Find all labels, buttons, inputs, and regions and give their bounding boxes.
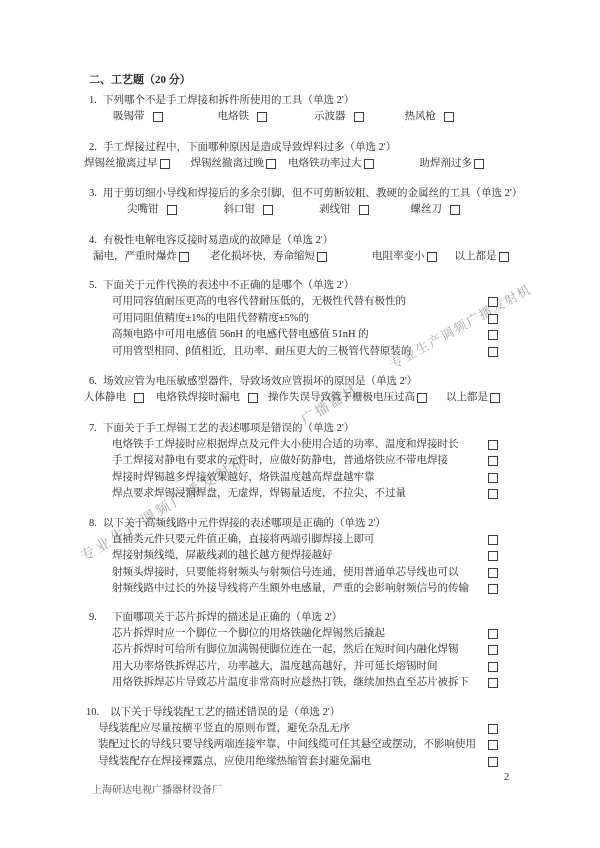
answer-checkbox[interactable]: [354, 112, 364, 122]
option-label: 示波器: [314, 109, 346, 126]
page-number: 2: [504, 771, 509, 784]
question-number: 10.: [86, 704, 110, 721]
options-row: 人体静电 电烙铁焊接时漏电 操作失误导致管子栅极电压过高 以上都是: [84, 390, 498, 407]
option-label: 电烙铁手工焊接时应根据焊点及元件大小使用合适的功率、温度和焊接时长: [112, 437, 459, 454]
question-text: 有极性电解电容反接时易造成的故障是（单选 2'）: [103, 232, 333, 249]
question-7: 7. 下面关于手工焊锡工艺的表述哪项是错误的（单选 2'） 电烙铁手工焊接时应根…: [84, 420, 498, 503]
footer-company-name: 上海研达电视广播器材设备厂: [92, 785, 222, 797]
option-label: 用烙铁拆焊芯片导致芯片温度非常高时应趁热打铁，继续加热直至芯片被拆下: [112, 675, 469, 692]
option-label: 操作失误导致管子栅极电压过高: [268, 390, 415, 407]
option-label: 尖嘴钳: [127, 202, 159, 219]
option-label: 导线装配存在焊接裸露点，应使用绝缘热缩管套封避免漏电: [98, 754, 371, 771]
answer-checkbox[interactable]: [450, 205, 460, 215]
answer-checkbox[interactable]: [359, 205, 369, 215]
option-label: 焊锡丝撤离过早: [84, 156, 158, 173]
option-label: 直插类元件只要元件值正确，直接将两端引脚焊接上即可: [112, 532, 375, 549]
question-number: 2.: [89, 139, 103, 156]
option-label: 吸锡带: [113, 109, 145, 126]
answer-checkbox[interactable]: [488, 645, 498, 655]
option-label: 导线装配应尽量按横平竖直的原则布置，避免杂乱无序: [98, 721, 350, 738]
question-10: 10. 以下关于导线装配工艺的描述错误的是（单选 2'） 导线装配应尽量按横平竖…: [84, 704, 498, 771]
question-text: 手工焊接过程中，下面哪种原因是造成导致焊料过多（单选 2'）: [103, 139, 396, 156]
question-5: 5. 下面关于元件代换的表述中不正确的是哪个（单选 2'） 可用同容值耐压更高的…: [84, 277, 498, 360]
answer-checkbox[interactable]: [488, 297, 498, 307]
answer-checkbox[interactable]: [488, 314, 498, 324]
option-label: 电烙铁: [218, 109, 250, 126]
question-number: 3.: [89, 185, 103, 202]
option-label: 高频电路中可用电感值 56nH 的电感代替电感值 51nH 的: [112, 327, 369, 344]
answer-checkbox[interactable]: [488, 568, 498, 578]
answer-checkbox[interactable]: [417, 393, 427, 403]
question-number: 5.: [89, 277, 103, 294]
option-label: 老化损坏快，寿命缩短: [210, 249, 315, 266]
answer-checkbox[interactable]: [266, 159, 276, 169]
question-8: 8. 以下关于高频线路中元件焊接的表述哪项是正确的（单选 2'） 直插类元件只要…: [84, 515, 498, 598]
answer-checkbox[interactable]: [488, 347, 498, 357]
question-text: 下面关于元件代换的表述中不正确的是哪个（单选 2'）: [103, 277, 354, 294]
option-label: 手工焊接对静电有要求的元件时，应做好防静电，普通烙铁应不带电焊接: [112, 453, 448, 470]
question-number: 4.: [89, 232, 103, 249]
question-number: 1.: [89, 92, 103, 109]
answer-checkbox[interactable]: [499, 252, 509, 262]
answer-checkbox[interactable]: [248, 393, 258, 403]
option-label: 焊接时焊锡越多焊接效果越好，烙铁温度越高焊盘越牢靠: [112, 470, 375, 487]
option-label: 芯片拆焊时可给所有脚位加满锡使脚位连在一起，然后在短时间内融化焊锡: [112, 642, 459, 659]
option-label: 剥线钳: [319, 202, 351, 219]
answer-checkbox[interactable]: [490, 393, 500, 403]
answer-checkbox[interactable]: [488, 584, 498, 594]
answer-checkbox[interactable]: [160, 159, 170, 169]
answer-checkbox[interactable]: [474, 159, 484, 169]
answer-checkbox[interactable]: [488, 662, 498, 672]
answer-checkbox[interactable]: [488, 724, 498, 734]
answer-checkbox[interactable]: [257, 112, 267, 122]
options-row: 吸锡带 电烙铁 示波器 热风枪: [84, 109, 498, 126]
option-label: 以上都是: [446, 390, 488, 407]
question-4: 4. 有极性电解电容反接时易造成的故障是（单选 2'） 漏电，严重时爆炸 老化损…: [84, 232, 498, 266]
question-text: 以下关于导线装配工艺的描述错误的是（单选 2'）: [110, 704, 340, 721]
exam-page: 专业生产调频广播发射机 专业生产调频广播发射机 广播器材 二、工艺题（20 分）…: [0, 0, 600, 848]
question-number: 7.: [89, 420, 103, 437]
answer-checkbox[interactable]: [488, 535, 498, 545]
question-text: 以下关于高频线路中元件焊接的表述哪项是正确的（单选 2'）: [103, 515, 386, 532]
answer-checkbox[interactable]: [488, 456, 498, 466]
section-title: 二、工艺题（20 分）: [89, 74, 498, 87]
question-9: 9. 下面哪项关于芯片拆焊的描述是正确的（单选 2'） 芯片拆焊时应一个脚位一个…: [84, 609, 498, 692]
option-label: 热风枪: [405, 109, 437, 126]
question-number: 6.: [89, 373, 103, 390]
exam-content: 二、工艺题（20 分） 1. 下列哪个不是手工焊接和拆件所使用的工具（单选 2'…: [84, 0, 498, 770]
option-label: 电烙铁焊接时漏电: [156, 390, 240, 407]
option-label: 以上都是: [455, 249, 497, 266]
option-label: 斜口钳: [224, 202, 256, 219]
question-text: 下面哪项关于芯片拆焊的描述是正确的（单选 2'）: [112, 609, 342, 626]
option-label: 可用同容值耐压更高的电容代替耐压低的，无极性代替有极性的: [112, 294, 406, 311]
question-1: 1. 下列哪个不是手工焊接和拆件所使用的工具（单选 2'） 吸锡带 电烙铁 示波…: [84, 92, 498, 126]
option-label: 电阻率变小: [372, 249, 425, 266]
question-text: 场效应管为电压敏感型器件，导致场效应管损坏的原因是（单选 2'）: [103, 373, 417, 390]
question-6: 6. 场效应管为电压敏感型器件，导致场效应管损坏的原因是（单选 2'） 人体静电…: [84, 373, 498, 407]
options-row: 尖嘴钳 斜口钳 剥线钳 螺丝刀: [84, 202, 498, 219]
options-row: 焊锡丝撤离过早 焊锡丝撤离过晚 电烙铁功率过大 助焊剂过多: [84, 156, 498, 173]
answer-checkbox[interactable]: [488, 551, 498, 561]
answer-checkbox[interactable]: [179, 252, 189, 262]
answer-checkbox[interactable]: [488, 440, 498, 450]
answer-checkbox[interactable]: [427, 252, 437, 262]
option-label: 可用管型相同、β值相近，且功率、耐压更大的三极管代替原装的: [112, 344, 411, 361]
option-label: 漏电，严重时爆炸: [93, 249, 177, 266]
answer-checkbox[interactable]: [488, 629, 498, 639]
answer-checkbox[interactable]: [488, 740, 498, 750]
answer-checkbox[interactable]: [167, 205, 177, 215]
answer-checkbox[interactable]: [488, 678, 498, 688]
question-text: 用于剪切细小导线和焊接后的多余引脚，但不可剪断较粗、教硬的金属丝的工具（单选 2…: [103, 185, 522, 202]
option-label: 芯片拆焊时应一个脚位一个脚位的用烙铁融化焊锡然后撬起: [112, 626, 385, 643]
answer-checkbox[interactable]: [263, 205, 273, 215]
option-label: 装配过长的导线只要导线两端连接牢靠，中间线缆可任其悬空或摆动，不影响使用: [98, 737, 476, 754]
answer-checkbox[interactable]: [488, 473, 498, 483]
option-label: 焊点要求焊锡浸润焊盘，无虚焊，焊锡量适度，不拉尖、不过量: [112, 486, 406, 503]
question-number: 9.: [89, 609, 112, 626]
option-label: 可用同阻值精度±1%的电阻代替精度±5%的: [112, 311, 309, 328]
question-number: 8.: [89, 515, 103, 532]
option-label: 人体静电: [84, 390, 126, 407]
option-label: 射频线路中过长的外接导线将产生额外电感量，严重的会影响射频信号的传输: [112, 581, 469, 598]
option-label: 用大功率烙铁拆焊芯片，功率越大，温度越高越好，并可延长熔锡时间: [112, 659, 438, 676]
answer-checkbox[interactable]: [317, 252, 327, 262]
question-text: 下列哪个不是手工焊接和拆件所使用的工具（单选 2'）: [103, 92, 354, 109]
option-label: 焊接射频线缆，屏蔽线剥的越长越方便焊接越好: [112, 548, 333, 565]
option-label: 电烙铁功率过大: [288, 156, 362, 173]
answer-checkbox[interactable]: [444, 112, 454, 122]
answer-checkbox[interactable]: [364, 159, 374, 169]
question-2: 2. 手工焊接过程中，下面哪种原因是造成导致焊料过多（单选 2'） 焊锡丝撤离过…: [84, 139, 498, 173]
answer-checkbox[interactable]: [488, 757, 498, 767]
option-label: 焊锡丝撤离过晚: [191, 156, 265, 173]
option-label: 助焊剂过多: [420, 156, 473, 173]
options-row: 漏电，严重时爆炸 老化损坏快，寿命缩短 电阻率变小 以上都是: [84, 249, 498, 266]
answer-checkbox[interactable]: [153, 112, 163, 122]
question-text: 下面关于手工焊锡工艺的表述哪项是错误的（单选 2'）: [103, 420, 354, 437]
question-3: 3. 用于剪切细小导线和焊接后的多余引脚，但不可剪断较粗、教硬的金属丝的工具（单…: [84, 185, 498, 219]
option-label: 射频头焊接时，只要能将射频头与射频信号连通，使用普通单芯导线也可以: [112, 565, 459, 582]
answer-checkbox[interactable]: [134, 393, 144, 403]
answer-checkbox[interactable]: [488, 330, 498, 340]
option-label: 螺丝刀: [411, 202, 443, 219]
answer-checkbox[interactable]: [488, 489, 498, 499]
